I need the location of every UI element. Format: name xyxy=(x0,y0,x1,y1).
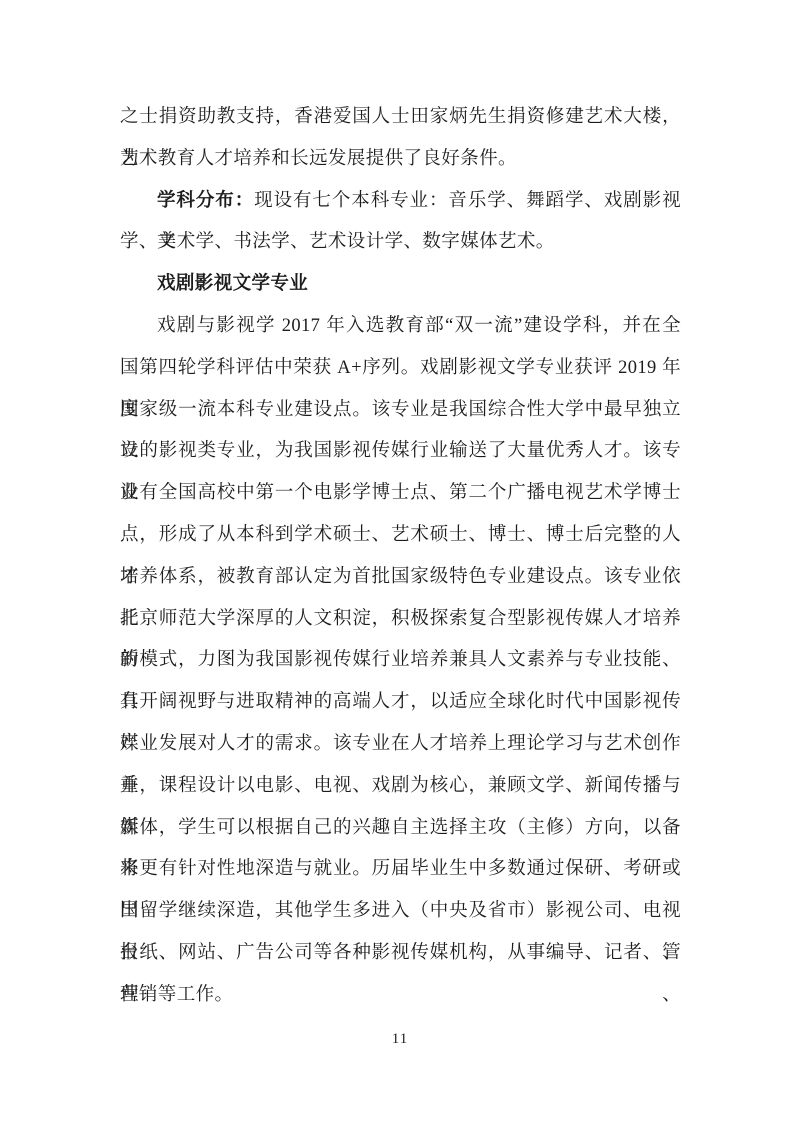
text-line: 之士捐资助教支持，香港爱国人士田家炳先生捐资修建艺术大楼，为 xyxy=(120,97,681,139)
text-line: 戏剧影视文学专业 xyxy=(120,264,681,306)
text-line: 学、美术学、书法学、艺术设计学、数字媒体艺术。 xyxy=(120,222,681,264)
text-line: 产业发展对人才的需求。该专业在人才培养上理论学习与艺术创作并 xyxy=(120,724,681,766)
text-line: 新模式，力图为我国影视传媒行业培养兼具人文素养与专业技能、具 xyxy=(120,640,681,682)
document-page: 之士捐资助教支持，香港爱国人士田家炳先生捐资修建艺术大楼，为艺术教育人才培养和长… xyxy=(0,0,800,1131)
text-segment: 营销等工作。 xyxy=(120,985,233,1005)
text-line: 设有全国高校中第一个电影学博士点、第二个广播电视艺术学博士 xyxy=(120,473,681,515)
text-line: 报纸、网站、广告公司等各种影视传媒机构，从事编导、记者、管理、 xyxy=(120,933,681,975)
text-line: 国家级一流本科专业建设点。该专业是我国综合性大学中最早独立设 xyxy=(120,390,681,432)
bold-text-segment: 学科分布： xyxy=(157,191,254,211)
text-line: 学科分布：现设有七个本科专业：音乐学、舞蹈学、戏剧影视文 xyxy=(120,181,681,223)
text-line: 培养体系，被教育部认定为首批国家级特色专业建设点。该专业依托 xyxy=(120,557,681,599)
text-line: 来更有针对性地深造与就业。历届毕业生中多数通过保研、考研或出 xyxy=(120,849,681,891)
text-line: 国留学继续深造，其他学生多进入（中央及省市）影视公司、电视台、 xyxy=(120,891,681,933)
text-line: 点，形成了从本科到学术硕士、艺术硕士、博士、博士后完整的人才 xyxy=(120,515,681,557)
text-line: 戏剧与影视学 2017 年入选教育部“双一流”建设学科，并在全 xyxy=(120,306,681,348)
text-line: 北京师范大学深厚的人文积淀，积极探索复合型影视传媒人才培养的 xyxy=(120,599,681,641)
text-line: 媒体，学生可以根据自己的兴趣自主选择主攻（主修）方向，以备将 xyxy=(120,808,681,850)
page-number: 11 xyxy=(0,1028,800,1050)
document-body: 之士捐资助教支持，香港爱国人士田家炳先生捐资修建艺术大楼，为艺术教育人才培养和长… xyxy=(120,97,681,1017)
bold-text-segment: 戏剧影视文学专业 xyxy=(157,274,308,294)
text-segment: 戏剧与影视学 2017 年入选教育部“双一流”建设学科，并在全 xyxy=(157,316,681,336)
text-line: 重，课程设计以电影、电视、戏剧为核心，兼顾文学、新闻传播与新 xyxy=(120,766,681,808)
text-segment: 设有全国高校中第一个电影学博士点、第二个广播电视艺术学博士 xyxy=(120,483,681,503)
text-line: 艺术教育人才培养和长远发展提供了良好条件。 xyxy=(120,139,681,181)
text-line: 立的影视类专业，为我国影视传媒行业输送了大量优秀人才。该专业 xyxy=(120,431,681,473)
text-segment: 学、美术学、书法学、艺术设计学、数字媒体艺术。 xyxy=(120,232,555,252)
text-line: 国第四轮学科评估中荣获 A+序列。戏剧影视文学专业获评 2019 年度 xyxy=(120,348,681,390)
text-segment: 艺术教育人才培养和长远发展提供了良好条件。 xyxy=(120,149,517,169)
text-line: 有开阔视野与进取精神的高端人才，以适应全球化时代中国影视传媒 xyxy=(120,682,681,724)
